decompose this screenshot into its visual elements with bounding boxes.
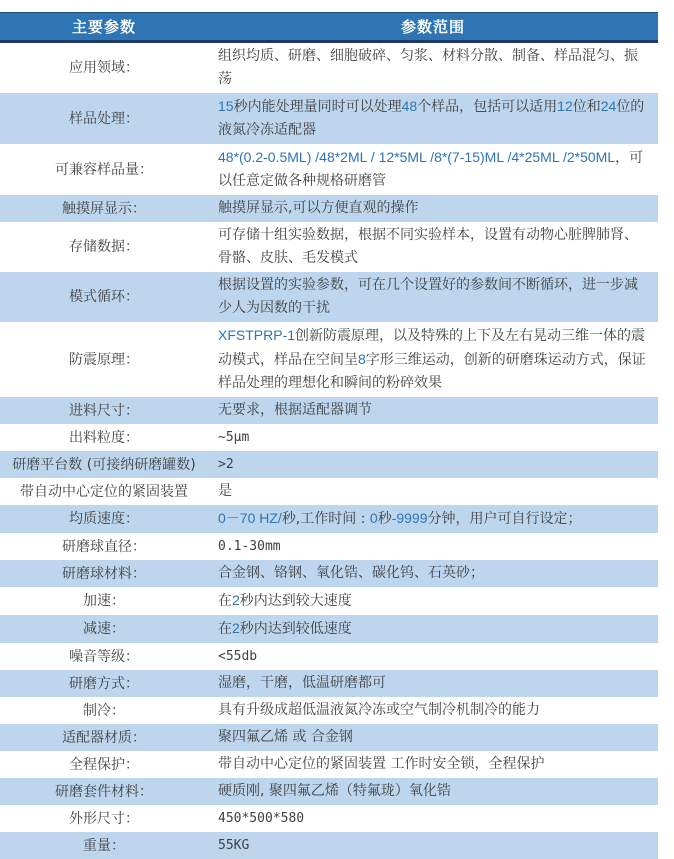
- header-main-params: 主要参数: [0, 13, 208, 42]
- value-segment: 湿磨，干磨，低温研磨都可: [218, 675, 386, 691]
- param-value: 450*500*580: [208, 805, 658, 832]
- param-label: 研磨平台数 (可接纳研磨罐数): [0, 451, 208, 478]
- value-segment: 24: [601, 98, 617, 114]
- value-segment: 在: [218, 593, 232, 609]
- value-segment: 0－70 HZ/: [218, 510, 282, 526]
- param-label: 研磨球直径：: [0, 533, 208, 560]
- param-label: 外形尺寸：: [0, 805, 208, 832]
- table-row: 触摸屏显示：触摸屏显示,可以方便直观的操作: [0, 195, 658, 222]
- table-row: 重量：55KG: [0, 832, 658, 859]
- value-segment: 15: [218, 98, 234, 114]
- param-value: 触摸屏显示,可以方便直观的操作: [208, 195, 658, 222]
- param-value: 硬质刚, 聚四氟乙烯（特氟珑）氧化锆: [208, 778, 658, 805]
- value-segment: 合金钢、铬钢、氧化锆、碳化钨、石英砂；: [218, 565, 484, 581]
- value-segment: <55db: [218, 649, 257, 664]
- header-param-range: 参数范围: [208, 13, 658, 42]
- table-row: 研磨平台数 (可接纳研磨罐数)>2: [0, 451, 658, 478]
- param-label: 重量：: [0, 832, 208, 859]
- param-value: 根据设置的实验参数，可在几个设置好的参数间不断循环，进一步减少人为因数的干扰: [208, 272, 658, 322]
- value-segment: -9999: [392, 510, 428, 526]
- param-label: 带自动中心定位的紧固装置: [0, 478, 208, 505]
- value-segment: 分钟，用户可自行设定；: [428, 511, 582, 527]
- param-label: 适配器材质：: [0, 724, 208, 751]
- param-label: 样品处理：: [0, 93, 208, 144]
- param-label: 噪音等级：: [0, 643, 208, 670]
- param-label: 均质速度：: [0, 505, 208, 533]
- param-label: 触摸屏显示：: [0, 195, 208, 222]
- value-segment: 个样品，包括可以适用: [417, 99, 557, 115]
- value-segment: 根据设置的实验参数，可在几个设置好的参数间不断循环，进一步减少人为因数的干扰: [218, 277, 638, 316]
- table-row: 样品处理：15秒内能处理量同时可以处理48个样品，包括可以适用12位和24位的液…: [0, 93, 658, 144]
- param-value: 无要求，根据适配器调节: [208, 397, 658, 424]
- param-value: 是: [208, 478, 658, 505]
- param-label: 研磨球材料：: [0, 560, 208, 587]
- table-row: 应用领域：组织均质、研磨、细胞破碎、匀浆、材料分散、制备、样品混匀、振荡: [0, 42, 658, 94]
- table-row: 存储数据：可存储十组实验数据，根据不同实验样本，设置有动物心脏脾肺肾、骨骼、皮肤…: [0, 222, 658, 272]
- value-segment: 位和: [573, 99, 601, 115]
- table-row: 可兼容样品量：48*(0.2-0.5ML) /48*2ML / 12*5ML /…: [0, 144, 658, 195]
- table-row: 加速：在2秒内达到较大速度: [0, 587, 658, 615]
- value-segment: 在: [218, 621, 232, 637]
- value-segment: 12: [557, 98, 573, 114]
- param-value: ~5μm: [208, 424, 658, 451]
- table-row: 全程保护：带自动中心定位的紧固装置 工作时安全锁，全程保护: [0, 751, 658, 778]
- value-segment: 可存储十组实验数据，根据不同实验样本，设置有动物心脏脾肺肾、骨骼、皮肤、毛发模式: [218, 227, 638, 266]
- table-row: 制冷：具有升级成超低温液氮冷冻或空气制冷机制冷的能力: [0, 697, 658, 724]
- param-value: 合金钢、铬钢、氧化锆、碳化钨、石英砂；: [208, 560, 658, 587]
- table-row: 进料尺寸：无要求，根据适配器调节: [0, 397, 658, 424]
- table-row: 出料粒度：~5μm: [0, 424, 658, 451]
- table-row: 噪音等级：<55db: [0, 643, 658, 670]
- param-value: 带自动中心定位的紧固装置 工作时安全锁，全程保护: [208, 751, 658, 778]
- value-segment: 秒: [378, 511, 392, 527]
- value-segment: 48*(0.2-0.5ML) /48*2ML / 12*5ML /8*(7-15…: [218, 149, 615, 165]
- value-segment: 带自动中心定位的紧固装置 工作时安全锁，全程保护: [218, 756, 544, 772]
- value-segment: 450*500*580: [218, 811, 304, 826]
- table-row: 模式循环：根据设置的实验参数，可在几个设置好的参数间不断循环，进一步减少人为因数…: [0, 272, 658, 322]
- param-label: 全程保护：: [0, 751, 208, 778]
- table-row: 防震原理：XFSTPRP-1创新防震原理，以及特殊的上下及左右晃动三维一体的震动…: [0, 322, 658, 397]
- value-segment: 秒内达到较低速度: [240, 621, 352, 637]
- param-value: 在2秒内达到较低速度: [208, 615, 658, 643]
- table-row: 研磨球材料：合金钢、铬钢、氧化锆、碳化钨、石英砂；: [0, 560, 658, 587]
- param-value: 组织均质、研磨、细胞破碎、匀浆、材料分散、制备、样品混匀、振荡: [208, 42, 658, 94]
- param-label: 出料粒度：: [0, 424, 208, 451]
- value-segment: >2: [218, 457, 234, 472]
- param-value: 0－70 HZ/秒,工作时间 : 0秒-9999分钟，用户可自行设定；: [208, 505, 658, 533]
- param-label: 存储数据：: [0, 222, 208, 272]
- value-segment: 55KG: [218, 838, 249, 853]
- param-label: 进料尺寸：: [0, 397, 208, 424]
- param-value: 48*(0.2-0.5ML) /48*2ML / 12*5ML /8*(7-15…: [208, 144, 658, 195]
- value-segment: ~5μm: [218, 430, 249, 445]
- param-value: 0.1-30mm: [208, 533, 658, 560]
- value-segment: 8: [358, 351, 366, 367]
- param-value: 湿磨，干磨，低温研磨都可: [208, 670, 658, 697]
- param-label: 研磨方式：: [0, 670, 208, 697]
- table-row: 减速：在2秒内达到较低速度: [0, 615, 658, 643]
- header-row: 主要参数 参数范围: [0, 13, 658, 42]
- param-value: 15秒内能处理量同时可以处理48个样品，包括可以适用12位和24位的液氮冷冻适配…: [208, 93, 658, 144]
- value-segment: 组织均质、研磨、细胞破碎、匀浆、材料分散、制备、样品混匀、振荡: [218, 48, 638, 87]
- param-label: 防震原理：: [0, 322, 208, 397]
- value-segment: XFSTPRP-1: [218, 327, 295, 343]
- param-label: 加速：: [0, 587, 208, 615]
- param-value: >2: [208, 451, 658, 478]
- param-label: 制冷：: [0, 697, 208, 724]
- param-label: 模式循环：: [0, 272, 208, 322]
- value-segment: 触摸屏显示,可以方便直观的操作: [218, 200, 418, 216]
- value-segment: 无要求，根据适配器调节: [218, 402, 372, 418]
- spec-table: 主要参数 参数范围 应用领域：组织均质、研磨、细胞破碎、匀浆、材料分散、制备、样…: [0, 12, 658, 859]
- table-row: 研磨套件材料：硬质刚, 聚四氟乙烯（特氟珑）氧化锆: [0, 778, 658, 805]
- value-segment: 2: [232, 620, 240, 636]
- value-segment: 是: [218, 483, 232, 499]
- table-row: 适配器材质：聚四氟乙烯 或 合金钢: [0, 724, 658, 751]
- value-segment: 聚四氟乙烯 或 合金钢: [218, 729, 353, 745]
- table-row: 均质速度：0－70 HZ/秒,工作时间 : 0秒-9999分钟，用户可自行设定；: [0, 505, 658, 533]
- table-row: 带自动中心定位的紧固装置是: [0, 478, 658, 505]
- value-segment: 硬质刚, 聚四氟乙烯（特氟珑）氧化锆: [218, 783, 451, 799]
- param-value: <55db: [208, 643, 658, 670]
- table-row: 研磨方式：湿磨，干磨，低温研磨都可: [0, 670, 658, 697]
- value-segment: 具有升级成超低温液氮冷冻或空气制冷机制冷的能力: [218, 702, 540, 718]
- param-value: 具有升级成超低温液氮冷冻或空气制冷机制冷的能力: [208, 697, 658, 724]
- value-segment: 秒内达到较大速度: [240, 593, 352, 609]
- param-label: 减速：: [0, 615, 208, 643]
- spec-sheet-page: 主要参数 参数范围 应用领域：组织均质、研磨、细胞破碎、匀浆、材料分散、制备、样…: [0, 0, 674, 793]
- value-segment: 0: [370, 510, 378, 526]
- param-label: 可兼容样品量：: [0, 144, 208, 195]
- value-segment: 2: [232, 592, 240, 608]
- param-value: 聚四氟乙烯 或 合金钢: [208, 724, 658, 751]
- param-value: 55KG: [208, 832, 658, 859]
- param-value: XFSTPRP-1创新防震原理，以及特殊的上下及左右晃动三维一体的震动模式，样品…: [208, 322, 658, 397]
- value-segment: 0.1-30mm: [218, 539, 281, 554]
- table-row: 研磨球直径：0.1-30mm: [0, 533, 658, 560]
- value-segment: 秒,工作时间 :: [282, 511, 370, 527]
- param-value: 在2秒内达到较大速度: [208, 587, 658, 615]
- value-segment: 秒内能处理量同时可以处理: [234, 99, 402, 115]
- table-row: 外形尺寸：450*500*580: [0, 805, 658, 832]
- param-label: 应用领域：: [0, 42, 208, 94]
- value-segment: 48: [402, 98, 418, 114]
- param-label: 研磨套件材料：: [0, 778, 208, 805]
- table-body: 应用领域：组织均质、研磨、细胞破碎、匀浆、材料分散、制备、样品混匀、振荡样品处理…: [0, 42, 658, 859]
- param-value: 可存储十组实验数据，根据不同实验样本，设置有动物心脏脾肺肾、骨骼、皮肤、毛发模式: [208, 222, 658, 272]
